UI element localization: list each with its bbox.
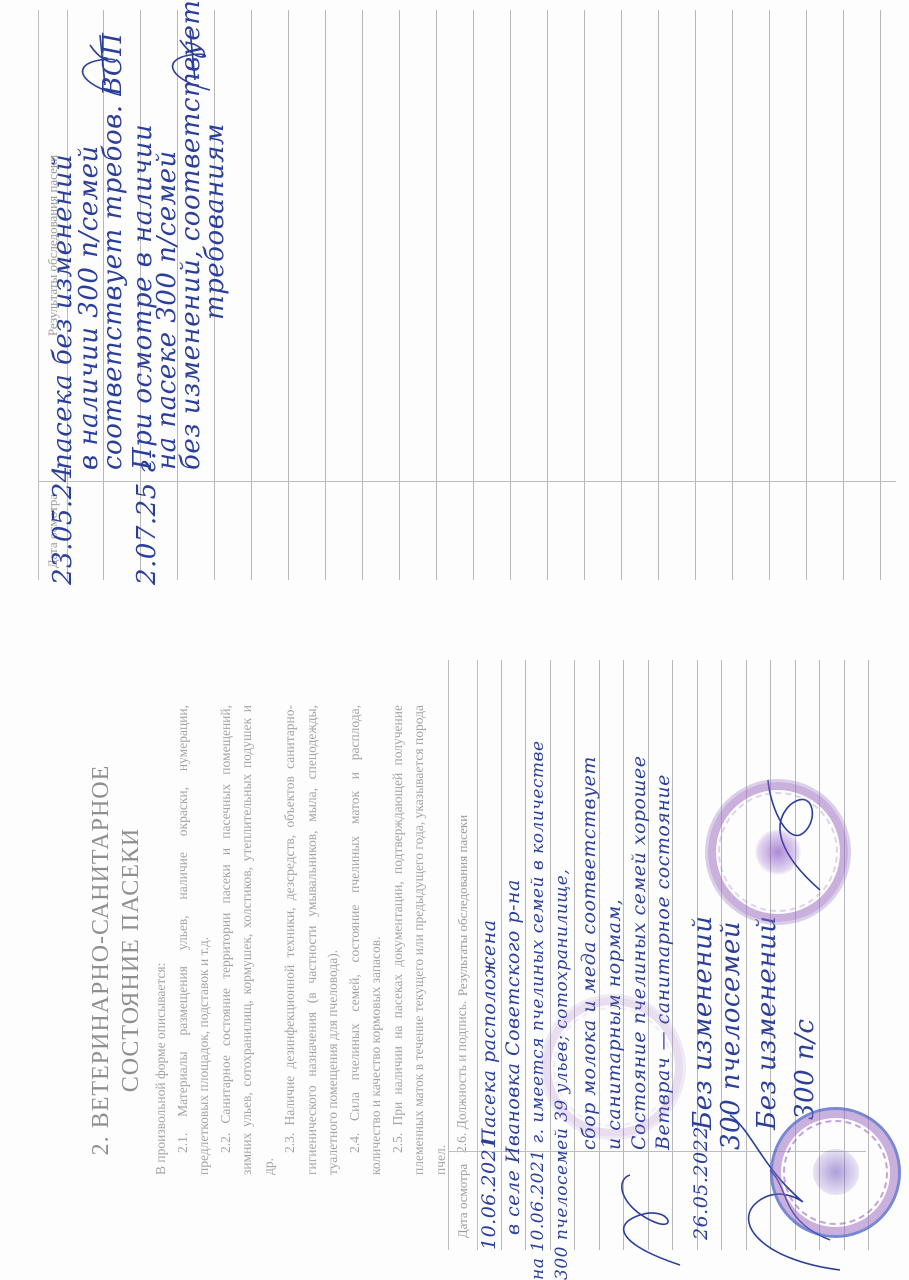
table-row-line bbox=[362, 10, 363, 580]
table-row-line bbox=[251, 10, 252, 580]
section-title-line2: СОСТОЯНИЕ ПАСЕКИ bbox=[116, 640, 146, 1280]
section-title: 2. ВЕТЕРИНАРНО-САНИТАРНОЕ СОСТОЯНИЕ ПАСЕ… bbox=[86, 640, 146, 1280]
item-2-3: 2.3. Наличие дезинфекционной техники, де… bbox=[279, 705, 344, 1175]
signature-1 bbox=[600, 1165, 690, 1275]
entry-line: Без изменений bbox=[752, 916, 782, 1130]
entry-date: 2.07.25 г. bbox=[132, 451, 162, 585]
table-row-line bbox=[547, 10, 548, 580]
table-row-line bbox=[584, 10, 585, 580]
table-row-line bbox=[732, 10, 733, 580]
intro-text: В произвольной форме описывается: bbox=[150, 705, 172, 1175]
column-divider bbox=[66, 481, 896, 482]
table-row-line bbox=[843, 10, 844, 580]
section-title-line1: 2. ВЕТЕРИНАРНО-САНИТАРНОЕ bbox=[88, 765, 114, 1156]
table-row-line bbox=[621, 10, 622, 580]
entry-line: требованиям bbox=[200, 123, 230, 320]
document-spread: 2. ВЕТЕРИНАРНО-САНИТАРНОЕ СОСТОЯНИЕ ПАСЕ… bbox=[0, 0, 909, 1280]
coat-of-arms-icon bbox=[755, 829, 801, 875]
table-row-line bbox=[658, 10, 659, 580]
initials-signature bbox=[150, 20, 230, 100]
entry-date: 10.06.2021 bbox=[478, 1136, 500, 1250]
table-row-line bbox=[473, 10, 474, 580]
entry-line: 300 п/с bbox=[790, 1019, 820, 1120]
table-row-line bbox=[769, 10, 770, 580]
item-2-4: 2.4. Сила пчелиных семей, состояние пчел… bbox=[344, 705, 387, 1175]
entry-line: Пасека расположена bbox=[478, 919, 500, 1145]
table-row-line bbox=[806, 10, 807, 580]
entry-date: 26.05.2022 bbox=[690, 1126, 712, 1240]
left-table-header: Дата осмотра Результаты обследования пас… bbox=[448, 660, 478, 1250]
left-page: 2. ВЕТЕРИНАРНО-САНИТАРНОЕ СОСТОЯНИЕ ПАСЕ… bbox=[0, 640, 909, 1280]
item-2-1: 2.1. Материалы размещения ульев, наличие… bbox=[172, 705, 215, 1175]
entry-line: в селе Ивановка Советского р-на bbox=[502, 879, 524, 1235]
entry-line: на 10.06.2021 г. имеется пчелиных семей … bbox=[528, 740, 548, 1280]
table-row-line bbox=[399, 10, 400, 580]
official-stamp bbox=[770, 1107, 901, 1238]
right-page: Дата осмотра Результаты обследования пас… bbox=[0, 0, 909, 640]
official-stamp-ghost bbox=[540, 994, 686, 1140]
col-results-header: Результаты обследования пасеки bbox=[455, 660, 471, 1151]
table-row-line bbox=[436, 10, 437, 580]
table-row-line bbox=[550, 660, 551, 1250]
entry-date: 23.05.24 bbox=[48, 465, 78, 585]
table-row-line bbox=[695, 10, 696, 580]
item-2-5: 2.5. При наличии на пасеках документации… bbox=[387, 705, 452, 1175]
table-row-line bbox=[510, 10, 511, 580]
table-row-line bbox=[574, 660, 575, 1250]
initials-signature bbox=[60, 25, 140, 105]
table-row-line bbox=[325, 10, 326, 580]
table-row-line bbox=[525, 660, 526, 1250]
table-row-line bbox=[288, 10, 289, 580]
item-2-2: 2.2. Санитарное состояние территории пас… bbox=[215, 705, 280, 1175]
entry-line: Без изменений bbox=[688, 916, 718, 1130]
table-row-line bbox=[880, 10, 881, 580]
official-stamp-faded bbox=[705, 779, 851, 925]
coat-of-arms-icon bbox=[813, 1150, 859, 1196]
col-date-header: Дата осмотра bbox=[449, 1151, 477, 1250]
instructions: В произвольной форме описывается: 2.1. М… bbox=[150, 705, 473, 1175]
